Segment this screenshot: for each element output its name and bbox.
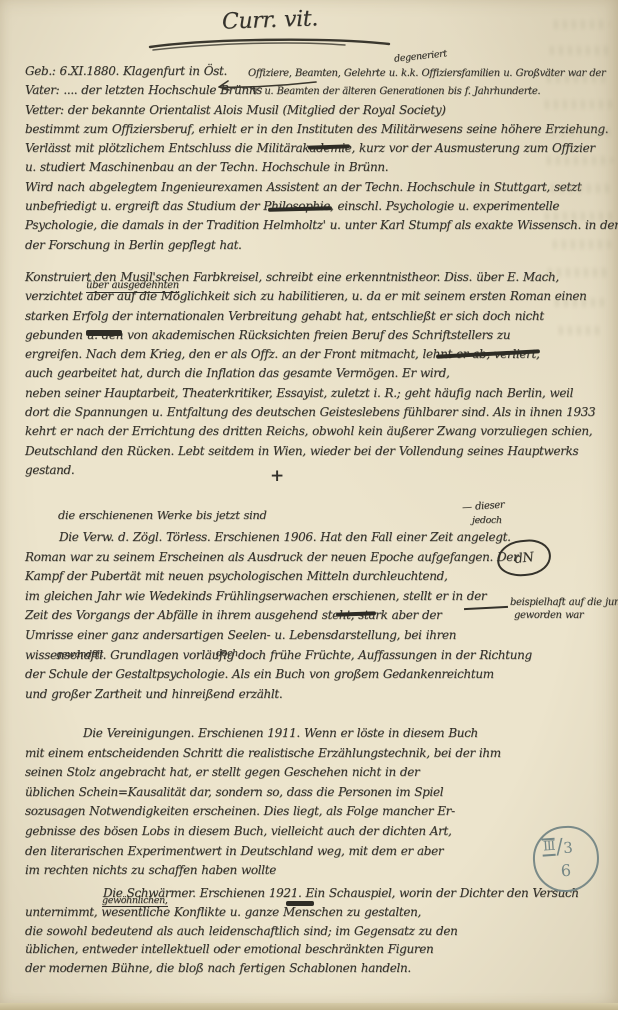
bio-paragraph-2: Konstruiert den Musil'schen Farbkreisel,… bbox=[25, 268, 605, 480]
handwriting-line: den literarischen Experimentwert in Deut… bbox=[25, 842, 605, 862]
inserted-note-line2: vu. Beamten der älteren Generationen bis… bbox=[252, 86, 540, 97]
margin-note-jedoch: jedoch bbox=[472, 515, 502, 526]
ink-bleed-through bbox=[553, 298, 605, 307]
stamp-roman-numeral: III bbox=[542, 838, 556, 857]
handwriting-line: die sowohl bedeutend als auch leidenscha… bbox=[25, 922, 605, 941]
ink-bleed-through bbox=[549, 184, 613, 193]
ink-bleed-through bbox=[548, 46, 612, 55]
handwriting-line: im rechten nichts zu schaffen haben woll… bbox=[25, 861, 605, 881]
ink-bleed-through bbox=[552, 20, 610, 29]
handwriting-line: üblichen, entweder intellektuell oder em… bbox=[25, 940, 605, 959]
handwriting-line: bestimmt zum Offiziersberuf, erhielt er … bbox=[25, 120, 605, 139]
section-separator-plus: + bbox=[270, 466, 284, 486]
inserted-word-doch: doch bbox=[216, 648, 238, 659]
handwriting-line: seinen Stolz angebracht hat, er stellt g… bbox=[25, 763, 605, 783]
ink-bleed-through bbox=[543, 212, 613, 221]
handwriting-line: Die Vereinigungen. Erschienen 1911. Wenn… bbox=[83, 724, 605, 744]
handwriting-line: ergreifen. Nach dem Krieg, den er als Of… bbox=[25, 345, 605, 364]
inserted-dissertation-note: über ausgedehnten bbox=[86, 280, 179, 293]
right-margin-note-line1: beispielhaft auf die jungen bbox=[510, 597, 618, 608]
handwriting-line: Umrisse einer ganz andersartigen Seelen-… bbox=[25, 626, 605, 646]
ink-bleed-through bbox=[546, 268, 612, 277]
ink-bleed-through bbox=[545, 74, 611, 83]
handwriting-line: sozusagen Notwendigkeiten erscheinen. Di… bbox=[25, 802, 605, 822]
ink-bleed-through bbox=[551, 240, 611, 249]
handwriting-line: dort die Spannungen u. Entfaltung des de… bbox=[25, 403, 605, 422]
handwriting-line: mit einem entscheidenden Schritt die rea… bbox=[25, 744, 605, 764]
handwriting-line: u. studiert Maschinenbau an der Techn. H… bbox=[25, 158, 605, 177]
handwriting-line: üblichen Schein=Kausalität dar, sondern … bbox=[25, 783, 605, 803]
handwriting-line: gestand. bbox=[25, 461, 605, 480]
right-margin-note-line2: geworden war bbox=[514, 610, 583, 621]
stamp-lower-number: 6 bbox=[560, 861, 571, 881]
handwriting-line: Die Schwärmer. Erschienen 1921. Ein Scha… bbox=[103, 884, 605, 903]
ink-bleed-through bbox=[543, 100, 613, 109]
handwriting-line: und großer Zartheit und hinreißend erzäh… bbox=[25, 685, 605, 705]
ink-bleed-through bbox=[545, 156, 613, 165]
handwriting-line: kehrt er nach der Errichtung des dritten… bbox=[25, 422, 605, 441]
handwriting-line: der Forschung in Berlin gepflegt hat. bbox=[25, 236, 605, 255]
strikethrough-mark bbox=[86, 330, 122, 336]
handwriting-line: Vetter: der bekannte Orientalist Alois M… bbox=[25, 101, 605, 120]
handwriting-line: Psychologie, die damals in der Tradition… bbox=[25, 216, 605, 235]
inserted-word-gewoehnlichen: gewöhnlichen, bbox=[102, 895, 168, 907]
archive-stamp-fraction: III/3 bbox=[542, 837, 574, 859]
inserted-word-gewandelt: gewandelt bbox=[56, 649, 103, 660]
ink-bleed-through bbox=[557, 326, 601, 335]
margin-note-dieser: — dieser bbox=[462, 500, 505, 514]
caret-mark: v bbox=[252, 86, 257, 97]
stamp-denominator: 3 bbox=[563, 839, 574, 858]
handwriting-line: Deutschland den Rücken. Lebt seitdem in … bbox=[25, 442, 605, 461]
handwriting-line: auch gearbeitet hat, durch die Inflation… bbox=[25, 364, 605, 383]
handwriting-line: der Schule der Gestaltpsychologie. Als e… bbox=[25, 665, 605, 685]
page-title: Curr. vit. bbox=[185, 5, 356, 36]
handwriting-line: wissenschaftl. Grundlagen vorläufig doch… bbox=[25, 646, 605, 666]
handwriting-line: neben seiner Hauptarbeit, Theaterkritike… bbox=[25, 384, 605, 403]
handwriting-line: starken Erfolg der internationalen Verbr… bbox=[25, 307, 605, 326]
handwriting-line: Wird nach abgelegtem Ingenieurexamen Ass… bbox=[25, 178, 605, 197]
strikethrough-mark bbox=[286, 901, 314, 906]
handwriting-line: gebnisse des bösen Lobs in diesem Buch, … bbox=[25, 822, 605, 842]
handwriting-line: der modernen Bühne, die bloß nach fertig… bbox=[25, 959, 605, 978]
title-underline-stroke bbox=[145, 36, 401, 56]
page-edge-shadow bbox=[0, 1003, 618, 1010]
inserted-note-text: u. Beamten der älteren Generationen bis … bbox=[264, 86, 540, 97]
work-paragraph-vereinigungen: Die Vereinigungen. Erschienen 1911. Wenn… bbox=[25, 724, 605, 881]
manuscript-page: Curr. vit. Geb.: 6.XI.1880. Klagenfurt i… bbox=[0, 0, 618, 1010]
circled-letters: dN bbox=[514, 550, 534, 567]
ink-bleed-through bbox=[550, 128, 612, 137]
works-intro-line: die erschienenen Werke bis jetzt sind bbox=[58, 508, 266, 522]
